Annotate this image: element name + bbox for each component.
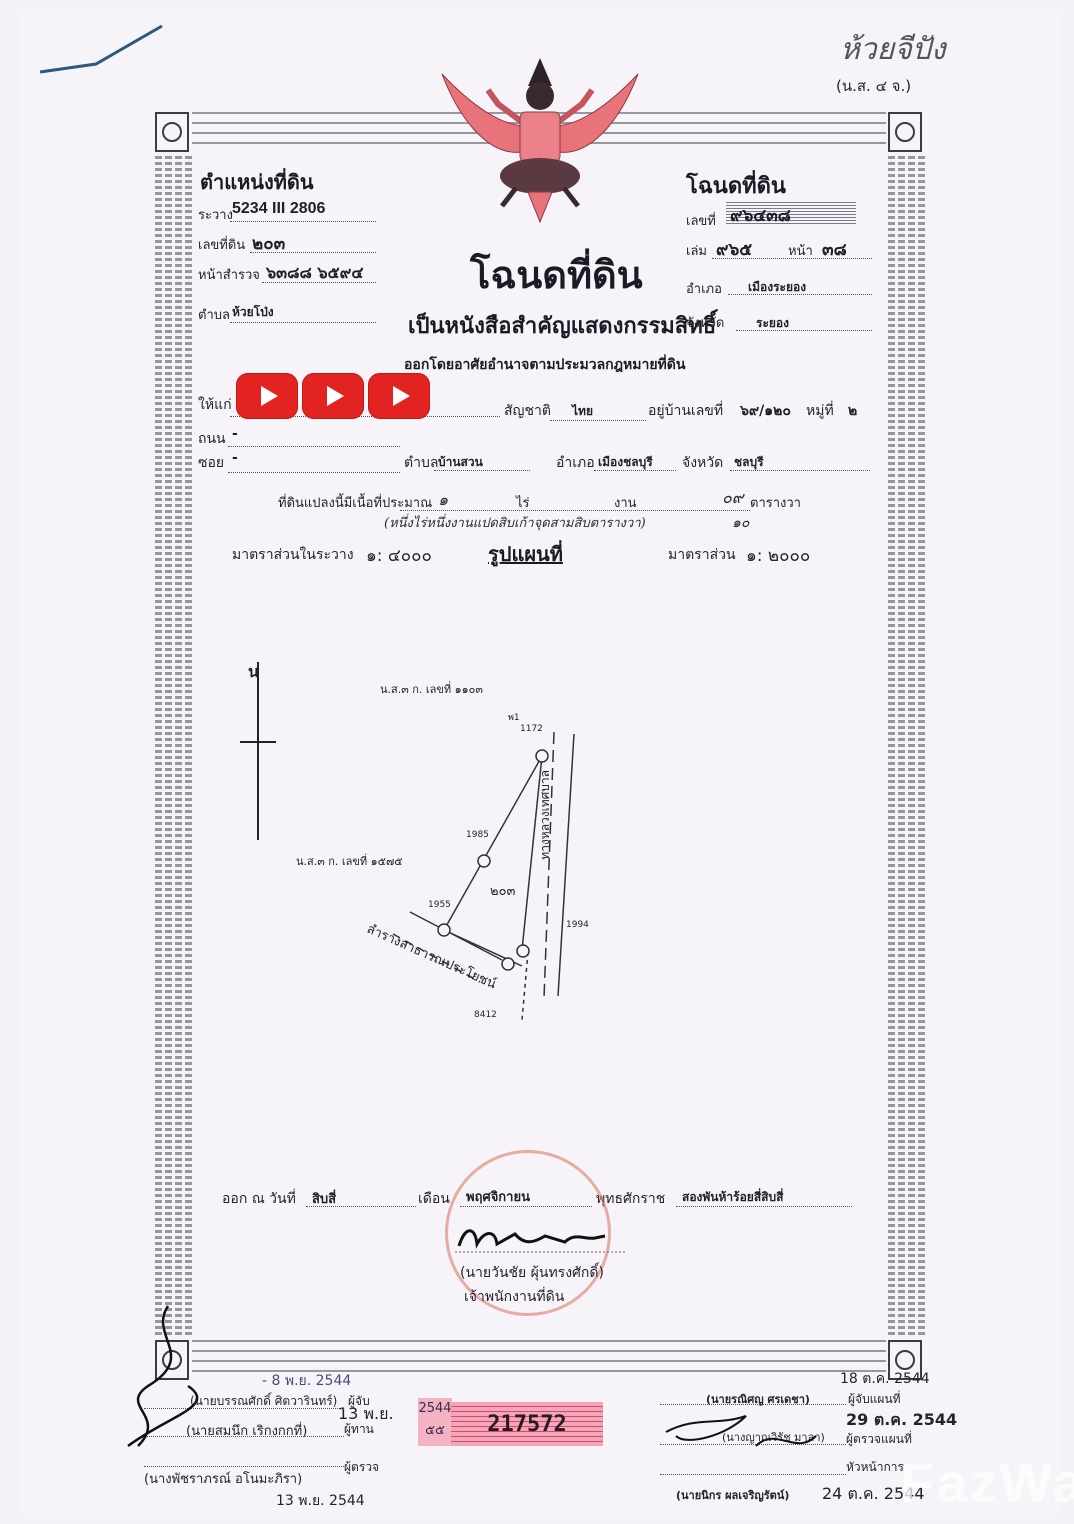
area-in-words: (หนึ่งไร่หนึ่งงานแปดสิบเก้าจุดสามสิบตารา… xyxy=(384,512,646,533)
official-role: ผู้ตรวจ xyxy=(344,1458,379,1477)
frame-corner-ornament-icon xyxy=(155,112,189,152)
serial-number: 217572 xyxy=(451,1402,603,1446)
road-label: ถนน xyxy=(198,428,226,450)
play-button[interactable] xyxy=(368,373,430,419)
deed-number-value: ๙๖๔๓๘ xyxy=(726,202,856,226)
pen-mark-icon xyxy=(36,20,166,90)
frame-border-left xyxy=(155,156,195,1338)
scale-label: มาตราส่วน xyxy=(668,544,736,566)
play-icon xyxy=(327,386,344,406)
amphoe-label: อำเภอ xyxy=(556,452,595,474)
issued-by-authority: ออกโดยอาศัยอำนาจตามประมวลกฎหมายที่ดิน xyxy=(404,354,685,376)
map-sheet-scale-value: ๑: ๔๐๐๐ xyxy=(366,542,432,569)
parcel-number-label: เลขที่ดิน xyxy=(198,234,245,255)
form-code: (น.ส. ๔ จ.) xyxy=(836,74,911,98)
signature-land-officer xyxy=(455,1222,625,1258)
moo-value: ๒ xyxy=(848,400,857,422)
soi-label: ซอย xyxy=(198,452,224,474)
issue-year: สองพันห้าร้อยสี่สิบสี่ xyxy=(682,1188,783,1207)
moo-label: หมู่ที่ xyxy=(806,400,834,422)
document-title: โฉนดที่ดิน xyxy=(470,244,643,305)
signature-scribble xyxy=(108,1296,248,1456)
parcel-number-map: ๒๐๓ xyxy=(490,880,515,901)
document-subtitle: เป็นหนังสือสำคัญแสดงกรรมสิทธิ์ xyxy=(408,308,716,343)
date-stamp: - 8 พ.ย. 2544 xyxy=(262,1370,351,1392)
north-label: น xyxy=(248,660,259,685)
scale-value: ๑: ๒๐๐๐ xyxy=(746,542,810,569)
area-wa-value: ๐๙ xyxy=(722,486,743,511)
subdistrict-label: ตำบล xyxy=(198,304,230,325)
serial-prefix: ๕๕ xyxy=(418,1420,452,1442)
neighbor-west: น.ส.๓ ก. เลขที่ ๑๕๗๕ xyxy=(296,852,403,870)
issued-on-label: ออก ณ วันที่ xyxy=(222,1188,296,1210)
deed-number-label: เลขที่ xyxy=(686,210,716,231)
area-wa-fraction: ๑๐ xyxy=(732,512,749,534)
marker-number: 1955 xyxy=(428,900,451,910)
frame-corner-ornament-icon xyxy=(888,112,922,152)
land-officer-name: (นายวันชัย ผุ้นทรงศักดิ์) xyxy=(460,1262,604,1284)
official-name: (นายนิกร ผลเจริญรัตน์) xyxy=(676,1486,789,1504)
serial-year-code: 2544 ๕๕ xyxy=(418,1398,452,1446)
play-icon xyxy=(261,386,278,406)
date-stamp: 13 พ.ย. 2544 xyxy=(276,1490,365,1512)
month-label: เดือน xyxy=(418,1188,450,1210)
deed-title-right: โฉนดที่ดิน xyxy=(686,168,786,203)
official-name: (นางพัชราภรณ์ อโนมะภิรา) xyxy=(144,1468,302,1489)
official-role: ผู้ทาน xyxy=(344,1420,374,1439)
soi-value: - xyxy=(232,450,238,466)
play-button[interactable] xyxy=(236,373,298,419)
road-value: - xyxy=(232,426,238,442)
marker-code: พ1 xyxy=(508,710,520,724)
map-sheet-scale-label: มาตราส่วนในระวาง xyxy=(232,544,354,566)
nationality-value: ไทย xyxy=(572,402,593,421)
play-button[interactable] xyxy=(302,373,364,419)
handwritten-place-note: ห้วยจีปัง xyxy=(840,26,945,73)
neighbor-north: น.ส.๓ ก. เลขที่ ๑๑๐๓ xyxy=(380,680,483,698)
signature-scribble xyxy=(656,1396,876,1486)
marker-number: 1994 xyxy=(566,920,589,930)
map-heading: รูปแผนที่ xyxy=(488,538,563,570)
land-location-title: ตำแหน่งที่ดิน xyxy=(200,166,314,198)
watermark-logo: FazWaz xyxy=(900,1450,1074,1515)
road-label: ทางหลวงเทศบาล xyxy=(535,770,554,860)
marker-number: 1985 xyxy=(466,830,489,840)
map-sheet-value: 5234 III 2806 xyxy=(232,200,325,218)
subdistrict-value: ห้วยโป่ง xyxy=(232,303,274,322)
book-label: เล่ม xyxy=(686,240,707,261)
survey-page-label: หน้าสำรวจ xyxy=(198,264,260,285)
frame-border-right xyxy=(888,156,928,1338)
map-sheet-label: ระวาง xyxy=(198,204,233,225)
house-number-value: ๖๙/๑๒๐ xyxy=(740,400,791,422)
area-wa-label: ตารางวา xyxy=(750,492,801,513)
garuda-emblem-icon xyxy=(432,56,648,226)
nationality-label: สัญชาติ xyxy=(504,400,551,422)
given-to-label: ให้แก่ xyxy=(198,394,232,416)
marker-number: 1172 xyxy=(520,724,543,734)
play-icon xyxy=(393,386,410,406)
plot-map-diagram xyxy=(240,650,660,1050)
video-play-buttons xyxy=(236,373,430,419)
house-number-label: อยู่บ้านเลขที่ xyxy=(648,400,723,422)
province-owner-label: จังหวัด xyxy=(682,452,723,474)
marker-number: 8412 xyxy=(474,1010,497,1020)
province-label: จังหวัด xyxy=(686,312,724,333)
serial-year: 2544 xyxy=(418,1398,452,1420)
date-stamp: 18 ต.ค. 2544 xyxy=(840,1368,930,1390)
land-officer-title: เจ้าพนักงานที่ดิน xyxy=(464,1286,564,1308)
district-label: อำเภอ xyxy=(686,278,722,299)
